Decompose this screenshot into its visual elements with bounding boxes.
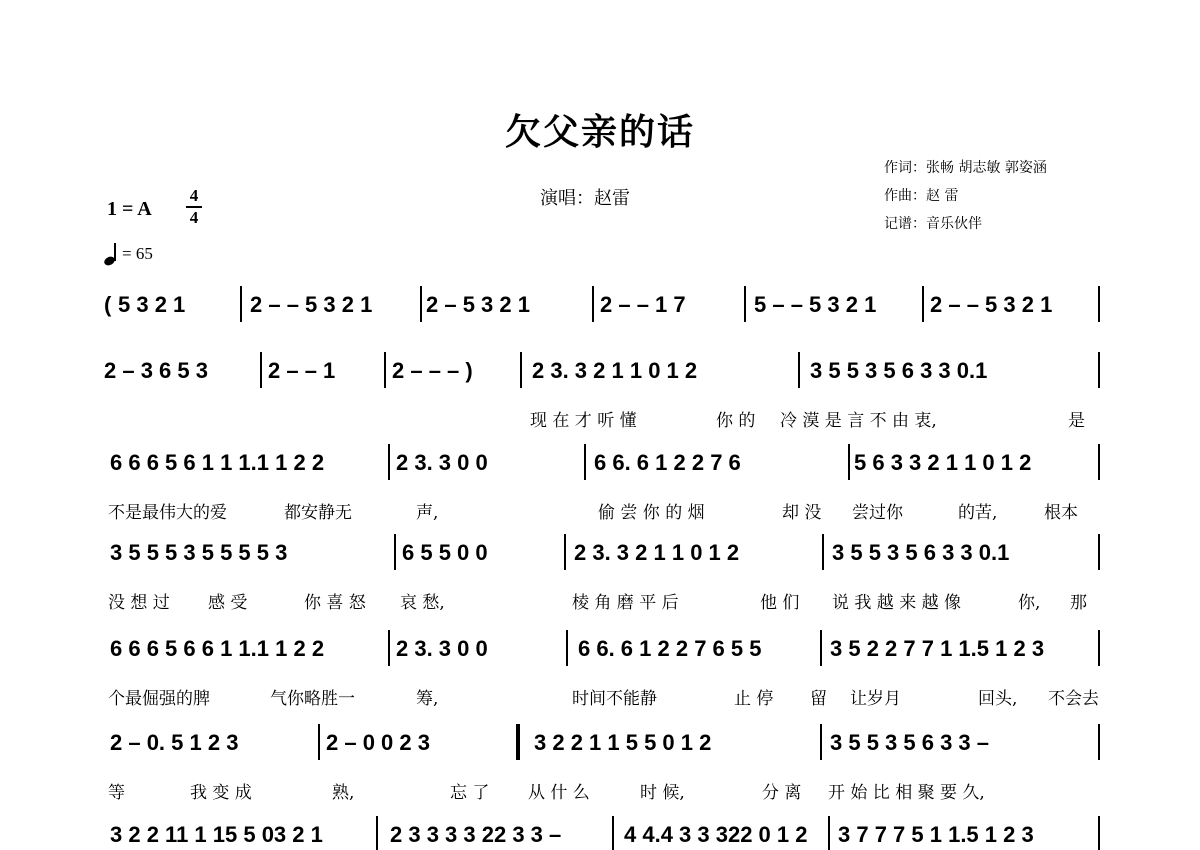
barline <box>584 444 586 480</box>
transcriber-credit: 记谱：音乐伙伴 <box>884 210 1047 238</box>
lyric-phrase: 棱 角 磨 平 后 <box>572 588 679 613</box>
quarter-note-icon <box>104 243 118 265</box>
barline <box>384 352 386 388</box>
lyric-phrase: 回头, <box>978 684 1017 709</box>
lyric-phrase: 让岁月 <box>850 684 901 709</box>
lyric-phrase: 气你略胜一 <box>270 684 355 709</box>
barline <box>820 630 822 666</box>
lyric-phrase: 止 停 <box>734 684 773 709</box>
lyric-phrase: 是 <box>1068 406 1085 431</box>
measure-notes: 2 3. 3 0 0 <box>396 450 488 476</box>
lyric-phrase: 不会去 <box>1048 684 1099 709</box>
barline <box>318 724 320 760</box>
measure-notes: 6 6. 6 1 2 2 7 6 5 5 <box>578 636 761 662</box>
barline <box>564 534 566 570</box>
lyric-phrase: 感 受 <box>208 588 247 613</box>
lyric-phrase: 时间不能静 <box>572 684 657 709</box>
measure-notes: 5 3 2 1 <box>118 292 185 318</box>
measure-notes: 3 2 2 11 1 15 5 03 2 1 <box>110 822 323 848</box>
lyric-phrase: 不是最伟大的爱 <box>108 498 227 523</box>
barline <box>566 630 568 666</box>
tempo-value: = 65 <box>122 244 153 264</box>
barline <box>848 444 850 480</box>
measure-notes: 5 – – 5 3 2 1 <box>754 292 876 318</box>
tempo-marking: = 65 <box>104 243 153 265</box>
time-signature-bottom: 4 <box>186 209 202 227</box>
lyric-phrase: 开 始 比 相 聚 要 久, <box>828 778 985 803</box>
lyric-phrase: 偷 尝 你 的 烟 <box>598 498 705 523</box>
measure-notes: 3 5 5 5 3 5 5 5 5 3 <box>110 540 287 566</box>
lyric-phrase: 冷 漠 是 言 不 由 衷, <box>780 406 937 431</box>
lyric-phrase: 没 想 过 <box>108 588 170 613</box>
lyric-phrase: 根本 <box>1044 498 1078 523</box>
lyric-phrase: 从 什 么 <box>528 778 590 803</box>
lyric-phrase: 忘 了 <box>450 778 489 803</box>
measure-notes: 6 5 5 0 0 <box>402 540 488 566</box>
barline <box>1098 444 1100 480</box>
barline <box>612 816 614 850</box>
notes-line: 6 6 6 5 6 1 1 1.1 1 2 22 3. 3 0 06 6. 6 … <box>104 450 1104 484</box>
measure-notes: 2 – 3 6 5 3 <box>104 358 208 384</box>
lyric-phrase: 那 <box>1070 588 1087 613</box>
lyric-phrase: 你 的 <box>716 406 755 431</box>
lyric-phrase: 我 变 成 <box>190 778 252 803</box>
measure-notes: 6 6 6 5 6 1 1 1.1 1 2 2 <box>110 450 324 476</box>
lyric-phrase: 你, <box>1018 588 1040 613</box>
barline <box>260 352 262 388</box>
barline <box>1098 630 1100 666</box>
lyric-phrase: 哀 愁, <box>400 588 445 613</box>
barline <box>394 534 396 570</box>
lyric-phrase: 分 离 <box>762 778 801 803</box>
measure-notes: 3 2 2 1 1 5 5 0 1 2 <box>534 730 711 756</box>
barline <box>592 286 594 322</box>
measure-notes: 2 – 5 3 2 1 <box>426 292 530 318</box>
measure-notes: 3 7 7 7 5 1 1.5 1 2 3 <box>838 822 1034 848</box>
lyric-phrase: 熟, <box>332 778 354 803</box>
barline <box>1098 816 1100 850</box>
credits-block: 作词：张畅 胡志敏 郭姿涵 作曲：赵 雷 记谱：音乐伙伴 <box>884 154 1047 238</box>
lyric-phrase: 他 们 <box>760 588 799 613</box>
measure-notes: 2 – – 1 7 <box>600 292 686 318</box>
measure-notes: 2 3. 3 0 0 <box>396 636 488 662</box>
notes-line: 6 6 6 5 6 6 1 1.1 1 2 22 3. 3 0 06 6. 6 … <box>104 636 1104 670</box>
lyric-phrase: 尝过你 <box>852 498 903 523</box>
lyric-phrase: 说 我 越 来 越 像 <box>832 588 961 613</box>
lyric-phrase: 却 没 <box>782 498 821 523</box>
barline <box>388 444 390 480</box>
measure-notes: 5 6 3 3 2 1 1 0 1 2 <box>854 450 1031 476</box>
measure-notes: 2 – – – ) <box>392 358 473 384</box>
barline <box>388 630 390 666</box>
notes-line: 2 – 0. 5 1 2 32 – 0 0 2 33 2 2 1 1 5 5 0… <box>104 730 1104 764</box>
measure-notes: 4 4.4 3 3 322 0 1 2 <box>624 822 808 848</box>
notes-line: 3 5 5 5 3 5 5 5 5 36 5 5 0 02 3. 3 2 1 1… <box>104 540 1104 574</box>
lyricist-credit: 作词：张畅 胡志敏 郭姿涵 <box>884 154 1047 182</box>
lyric-phrase: 现 在 才 听 懂 <box>530 406 637 431</box>
repeat-start-barline <box>516 724 520 760</box>
lyric-phrase: 时 候, <box>640 778 685 803</box>
barline <box>376 816 378 850</box>
lyric-phrase: 等 <box>108 778 125 803</box>
singer-label: 演唱：赵雷 <box>540 184 630 210</box>
measure-notes: 2 – – 5 3 2 1 <box>250 292 372 318</box>
lyric-phrase: 的苦, <box>958 498 997 523</box>
barline <box>820 724 822 760</box>
measure-notes: 2 3 3 3 3 22 3 3 – <box>390 822 561 848</box>
measure-notes: 3 5 5 3 5 6 3 3 0.1 <box>810 358 987 384</box>
lyric-phrase: 个最倔强的脾 <box>108 684 210 709</box>
measure-notes: ( <box>104 292 111 318</box>
lyric-phrase: 声, <box>416 498 438 523</box>
measure-notes: 2 3. 3 2 1 1 0 1 2 <box>532 358 697 384</box>
barline <box>520 352 522 388</box>
time-signature: 4 4 <box>186 187 202 227</box>
key-signature: 1 = A <box>107 198 152 221</box>
barline <box>828 816 830 850</box>
notes-line: 2 – 3 6 5 32 – – 12 – – – )2 3. 3 2 1 1 … <box>104 358 1104 392</box>
measure-notes: 6 6 6 5 6 6 1 1.1 1 2 2 <box>110 636 324 662</box>
lyric-phrase: 都安静无 <box>284 498 352 523</box>
measure-notes: 3 5 2 2 7 7 1 1.5 1 2 3 <box>830 636 1044 662</box>
barline <box>1098 724 1100 760</box>
measure-notes: 2 – 0 0 2 3 <box>326 730 430 756</box>
measure-notes: 3 5 5 3 5 6 3 3 0.1 <box>832 540 1009 566</box>
lyric-phrase: 筹, <box>416 684 438 709</box>
measure-notes: 2 – – 5 3 2 1 <box>930 292 1052 318</box>
time-signature-top: 4 <box>186 187 202 205</box>
barline <box>240 286 242 322</box>
measure-notes: 2 – 0. 5 1 2 3 <box>110 730 238 756</box>
barline <box>798 352 800 388</box>
lyric-phrase: 留 <box>810 684 827 709</box>
barline <box>1098 534 1100 570</box>
composer-credit: 作曲：赵 雷 <box>884 182 1047 210</box>
notes-line: (5 3 2 12 – – 5 3 2 12 – 5 3 2 12 – – 1 … <box>104 292 1104 326</box>
notes-line: 3 2 2 11 1 15 5 03 2 12 3 3 3 3 22 3 3 –… <box>104 822 1104 850</box>
barline <box>1098 286 1100 322</box>
barline <box>420 286 422 322</box>
page-title: 欠父亲的话 <box>0 104 1200 155</box>
measure-notes: 2 – – 1 <box>268 358 335 384</box>
barline <box>1098 352 1100 388</box>
barline <box>822 534 824 570</box>
measure-notes: 6 6. 6 1 2 2 7 6 <box>594 450 741 476</box>
lyric-phrase: 你 喜 怒 <box>304 588 366 613</box>
barline <box>922 286 924 322</box>
measure-notes: 2 3. 3 2 1 1 0 1 2 <box>574 540 739 566</box>
measure-notes: 3 5 5 3 5 6 3 3 – <box>830 730 989 756</box>
barline <box>744 286 746 322</box>
